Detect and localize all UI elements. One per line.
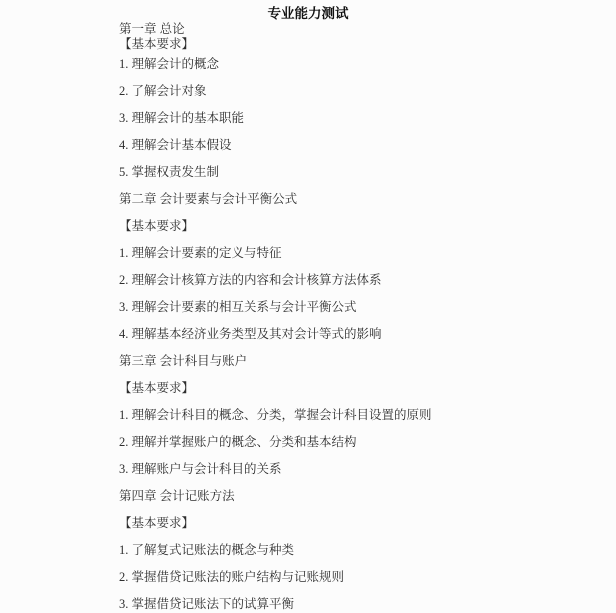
requirement-item: 2. 理解并掌握账户的概念、分类和基本结构 (119, 435, 586, 450)
requirement-item: 4. 理解基本经济业务类型及其对会计等式的影响 (119, 327, 586, 342)
requirement-item: 2. 掌握借贷记账法的账户结构与记账规则 (119, 570, 586, 585)
requirement-item: 4. 理解会计基本假设 (119, 138, 586, 153)
page-title: 专业能力测试 (0, 0, 616, 22)
chapter-heading: 第一章 总论 (119, 22, 586, 37)
requirement-item: 3. 理解会计要素的相互关系与会计平衡公式 (119, 300, 586, 315)
requirements-label: 【基本要求】 (119, 219, 586, 234)
requirement-item: 5. 掌握权责发生制 (119, 165, 586, 180)
document-page: 专业能力测试 第一章 总论【基本要求】1. 理解会计的概念2. 了解会计对象3.… (0, 0, 616, 613)
requirement-item: 1. 了解复式记账法的概念与种类 (119, 543, 586, 558)
requirement-item: 3. 理解账户与会计科目的关系 (119, 462, 586, 477)
requirement-item: 3. 掌握借贷记账法下的试算平衡 (119, 597, 586, 612)
requirement-item: 2. 了解会计对象 (119, 84, 586, 99)
requirements-label: 【基本要求】 (119, 381, 586, 396)
requirement-item: 1. 理解会计科目的概念、分类，掌握会计科目设置的原则 (119, 408, 586, 423)
requirement-item: 1. 理解会计的概念 (119, 57, 586, 72)
requirement-item: 2. 理解会计核算方法的内容和会计核算方法体系 (119, 273, 586, 288)
requirement-item: 3. 理解会计的基本职能 (119, 111, 586, 126)
requirements-label: 【基本要求】 (119, 37, 586, 52)
doc-content: 第一章 总论【基本要求】1. 理解会计的概念2. 了解会计对象3. 理解会计的基… (119, 22, 586, 612)
chapter-heading: 第二章 会计要素与会计平衡公式 (119, 192, 586, 207)
chapter-heading: 第三章 会计科目与账户 (119, 354, 586, 369)
requirements-label: 【基本要求】 (119, 516, 586, 531)
requirement-item: 1. 理解会计要素的定义与特征 (119, 246, 586, 261)
chapter-heading: 第四章 会计记账方法 (119, 489, 586, 504)
